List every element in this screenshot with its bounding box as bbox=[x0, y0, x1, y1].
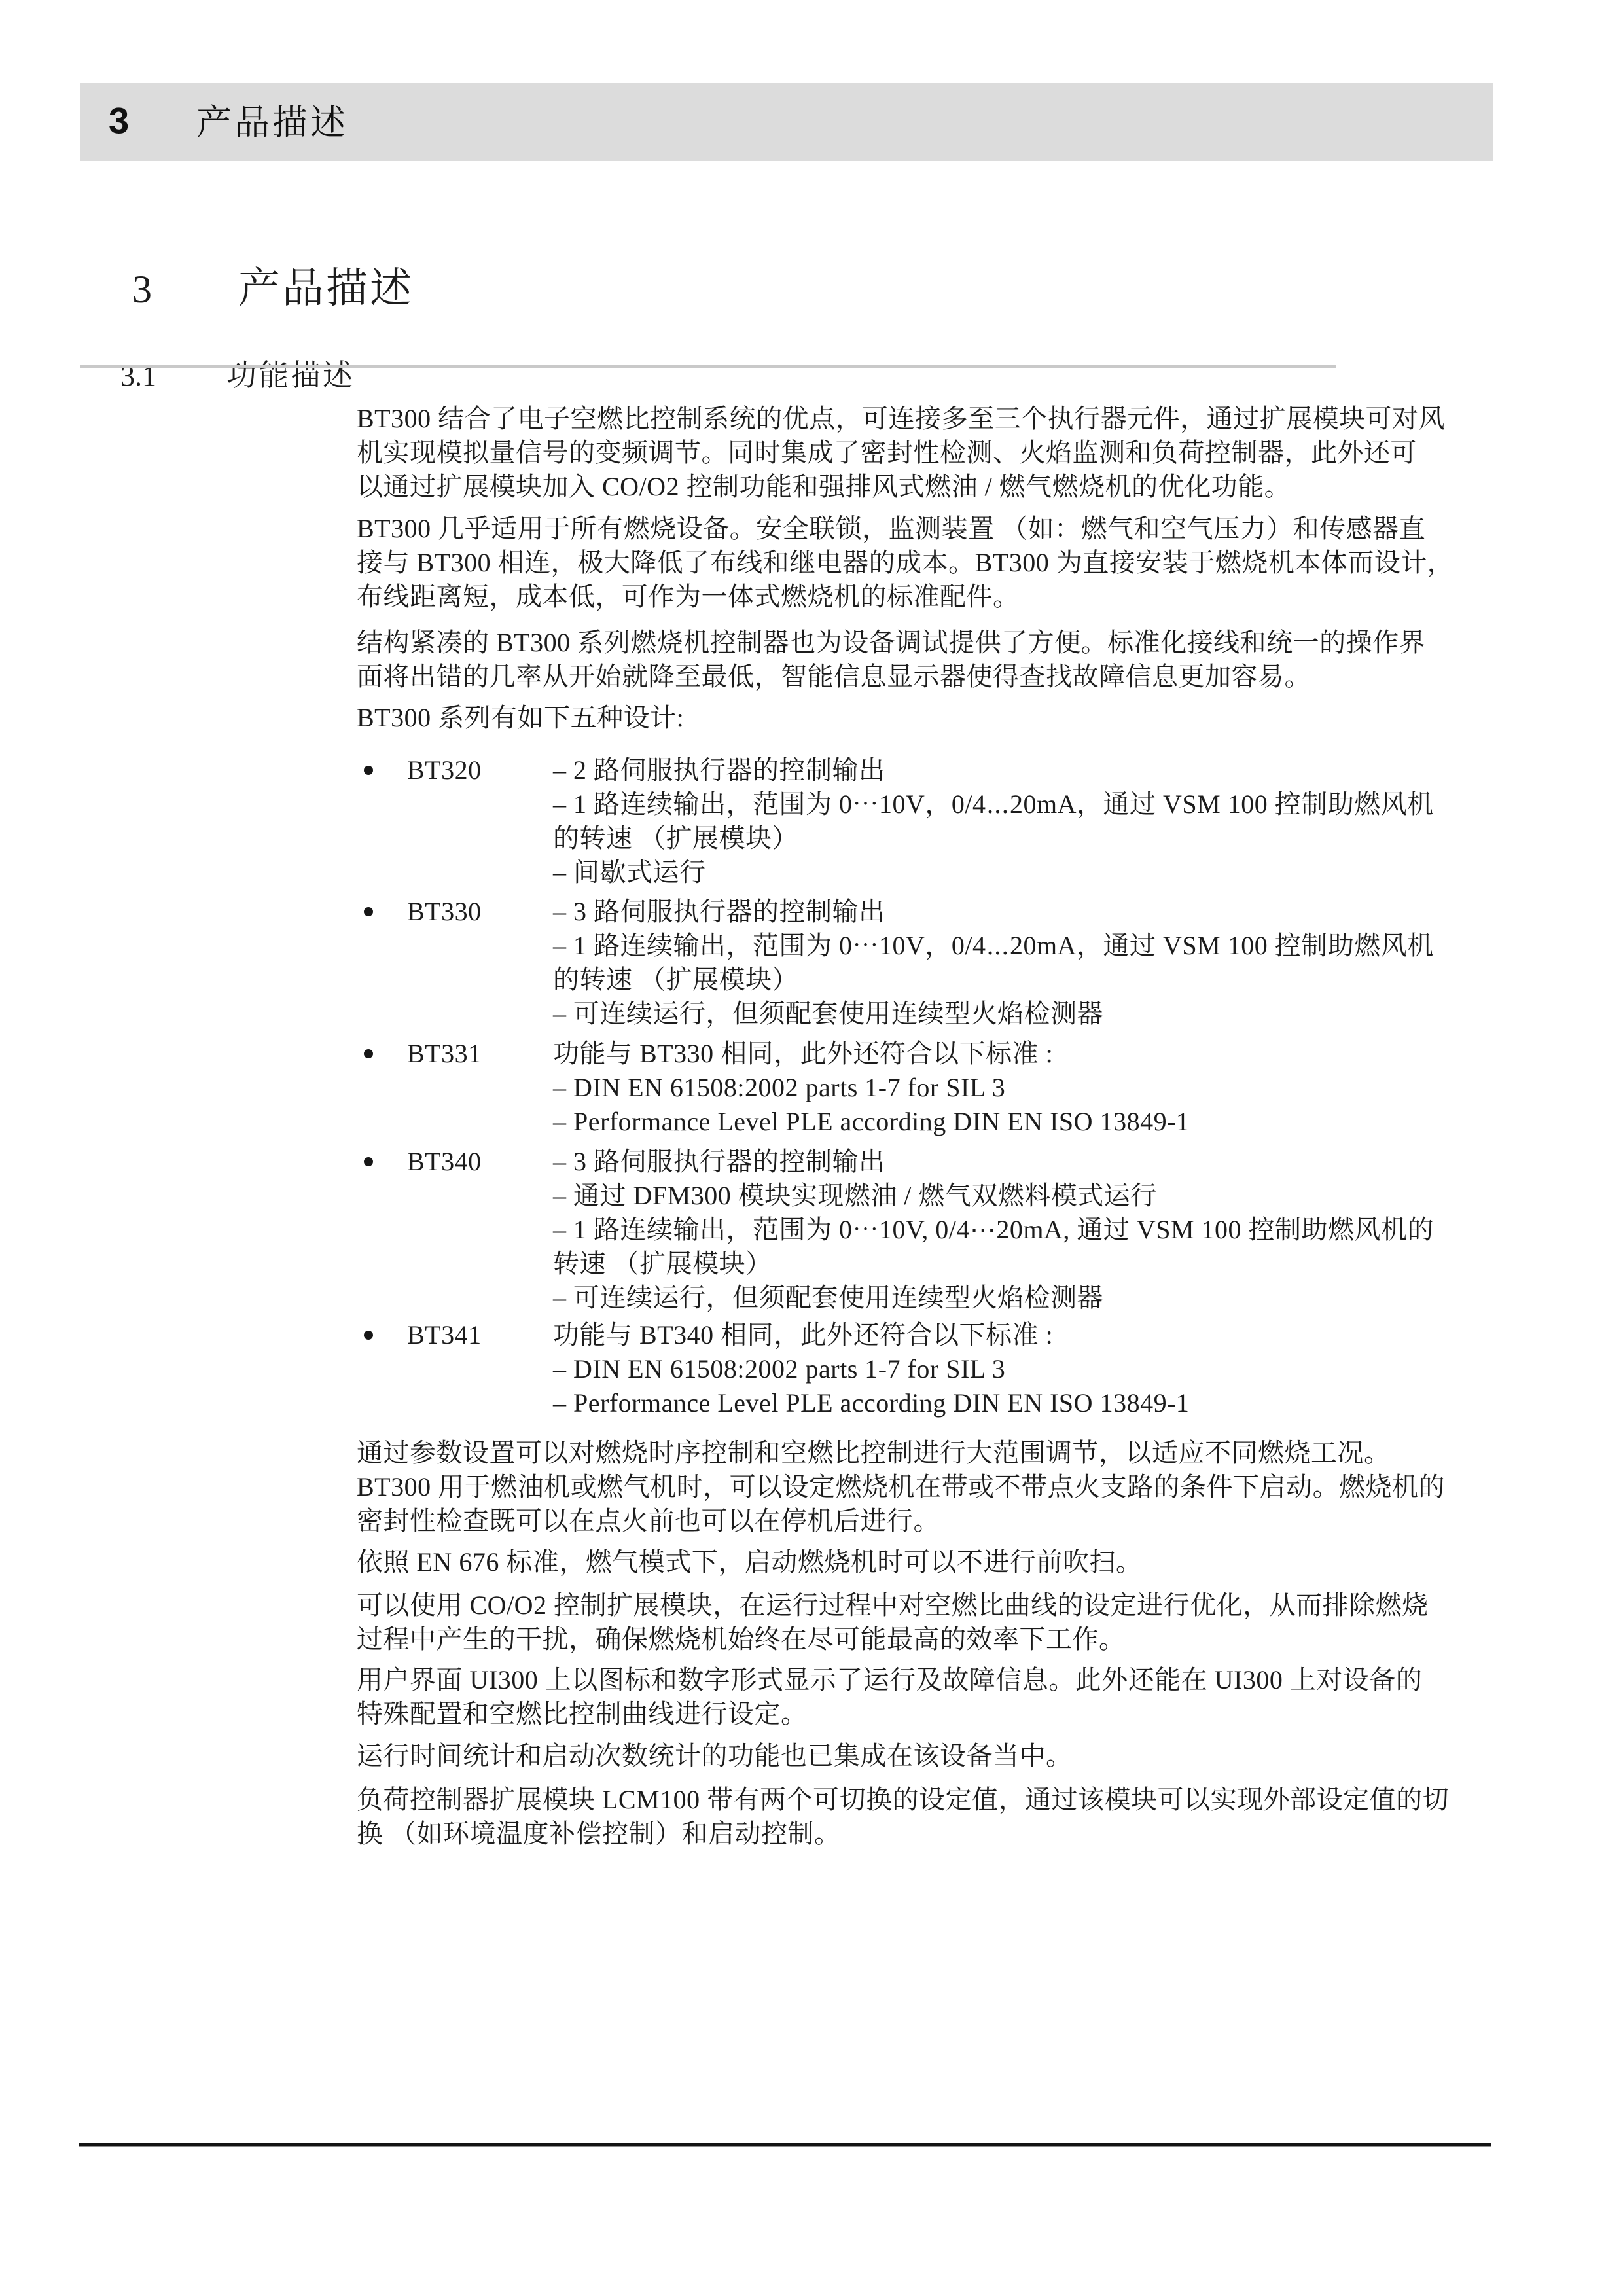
text-line: – Performance Level PLE according DIN EN… bbox=[553, 1386, 1189, 1420]
section-heading: 3.1功能描述 bbox=[80, 313, 355, 439]
text-line: BT300 系列有如下五种设计: bbox=[357, 701, 684, 735]
text-line: BT300 结合了电子空燃比控制系统的优点，可连接多至三个执行器元件，通过扩展模… bbox=[357, 402, 1445, 436]
text-line: – 1 路连续输出，范围为 0⋯10V，0/4⋯20mA，通过 VSM 100 … bbox=[553, 787, 1434, 821]
text-line: – Performance Level PLE according DIN EN… bbox=[553, 1105, 1189, 1139]
text-line: 接与 BT300 相连，极大降低了布线和继电器的成本。BT300 为直接安装于燃… bbox=[357, 546, 1454, 580]
text-line: – 3 路伺服执行器的控制输出 bbox=[553, 1145, 1434, 1179]
text-line: 特殊配置和空燃比控制曲线进行设定。 bbox=[357, 1697, 1422, 1731]
text-line: 机实现模拟量信号的变频调节。同时集成了密封性检测、火焰监测和负荷控制器，此外还可 bbox=[357, 436, 1445, 470]
text-line: BT300 几乎适用于所有燃烧设备。安全联锁，监测装置 （如：燃气和空气压力）和… bbox=[357, 512, 1454, 546]
chapter-heading-title: 产品描述 bbox=[238, 265, 414, 312]
design-list-item-bt341: BT341 功能与 BT340 相同，此外还符合以下标准 :– DIN EN 6… bbox=[357, 1318, 1189, 1420]
text-line: – 3 路伺服执行器的控制输出 bbox=[553, 895, 1434, 929]
paragraph-list-intro: BT300 系列有如下五种设计: bbox=[357, 701, 684, 735]
model-description: 功能与 BT340 相同，此外还符合以下标准 :– DIN EN 61508:2… bbox=[553, 1318, 1189, 1420]
text-line: – 1 路连续输出，范围为 0⋯10V, 0/4⋯20mA, 通过 VSM 10… bbox=[553, 1213, 1434, 1247]
text-line: 的转速 （扩展模块） bbox=[553, 821, 1434, 855]
text-line: – 可连续运行，但须配套使用连续型火焰检测器 bbox=[553, 1281, 1434, 1315]
text-line: BT300 用于燃油机或燃气机时，可以设定燃烧机在带或不带点火支路的条件下启动。… bbox=[357, 1470, 1445, 1504]
model-name: BT320 bbox=[407, 753, 482, 787]
model-description: – 2 路伺服执行器的控制输出– 1 路连续输出，范围为 0⋯10V，0/4⋯2… bbox=[553, 753, 1434, 889]
model-description: – 3 路伺服执行器的控制输出– 1 路连续输出，范围为 0⋯10V，0/4⋯2… bbox=[553, 895, 1434, 1031]
paragraph-intro-1: BT300 结合了电子空燃比控制系统的优点，可连接多至三个执行器元件，通过扩展模… bbox=[357, 402, 1445, 504]
text-line: 转速 （扩展模块） bbox=[553, 1247, 1434, 1281]
text-line: – 间歇式运行 bbox=[553, 855, 1434, 889]
bullet-icon bbox=[364, 766, 373, 775]
text-line: – 2 路伺服执行器的控制输出 bbox=[553, 753, 1434, 787]
model-name: BT331 bbox=[407, 1037, 482, 1071]
text-line: 负荷控制器扩展模块 LCM100 带有两个可切换的设定值，通过该模块可以实现外部… bbox=[357, 1783, 1449, 1817]
paragraph-closing-1: 通过参数设置可以对燃烧时序控制和空燃比控制进行大范围调节，以适应不同燃烧工况。B… bbox=[357, 1436, 1445, 1538]
text-line: – DIN EN 61508:2002 parts 1-7 for SIL 3 bbox=[553, 1352, 1189, 1386]
model-name: BT330 bbox=[407, 895, 482, 929]
section-heading-number: 3.1 bbox=[120, 355, 226, 397]
model-description: 功能与 BT330 相同，此外还符合以下标准 :– DIN EN 61508:2… bbox=[553, 1037, 1189, 1139]
text-line: 的转速 （扩展模块） bbox=[553, 963, 1434, 997]
text-line: 功能与 BT340 相同，此外还符合以下标准 : bbox=[553, 1318, 1189, 1352]
text-line: 过程中产生的干扰，确保燃烧机始终在尽可能最高的效率下工作。 bbox=[357, 1623, 1429, 1657]
paragraph-closing-6: 负荷控制器扩展模块 LCM100 带有两个可切换的设定值，通过该模块可以实现外部… bbox=[357, 1783, 1449, 1851]
paragraph-intro-3: 结构紧凑的 BT300 系列燃烧机控制器也为设备调试提供了方便。标准化接线和统一… bbox=[357, 626, 1425, 694]
design-list-item-bt330: BT330 – 3 路伺服执行器的控制输出– 1 路连续输出，范围为 0⋯10V… bbox=[357, 895, 1434, 1031]
document-page: 3 产品描述 3产品描述 3.1功能描述 BT300 结合了电子空燃比控制系统的… bbox=[0, 0, 1623, 2296]
paragraph-intro-2: BT300 几乎适用于所有燃烧设备。安全联锁，监测装置 （如：燃气和空气压力）和… bbox=[357, 512, 1454, 614]
chapter-header-band: 3 产品描述 bbox=[80, 83, 1493, 161]
paragraph-closing-5: 运行时间统计和启动次数统计的功能也已集成在该设备当中。 bbox=[357, 1739, 1073, 1773]
text-line: 换 （如环境温度补偿控制）和启动控制。 bbox=[357, 1817, 1449, 1851]
bullet-icon bbox=[364, 1157, 373, 1166]
design-list-item-bt320: BT320 – 2 路伺服执行器的控制输出– 1 路连续输出，范围为 0⋯10V… bbox=[357, 753, 1434, 889]
bullet-icon bbox=[364, 1331, 373, 1340]
text-line: – 1 路连续输出，范围为 0⋯10V，0/4⋯20mA，通过 VSM 100 … bbox=[553, 929, 1434, 963]
bullet-icon bbox=[364, 907, 373, 916]
chapter-header-number: 3 bbox=[109, 99, 129, 141]
design-list-item-bt331: BT331 功能与 BT330 相同，此外还符合以下标准 :– DIN EN 6… bbox=[357, 1037, 1189, 1139]
chapter-header-title: 产品描述 bbox=[196, 94, 348, 145]
text-line: 密封性检查既可以在点火前也可以在停机后进行。 bbox=[357, 1504, 1445, 1538]
text-line: 功能与 BT330 相同，此外还符合以下标准 : bbox=[553, 1037, 1189, 1071]
design-list-item-bt340: BT340 – 3 路伺服执行器的控制输出– 通过 DFM300 模块实现燃油 … bbox=[357, 1145, 1434, 1315]
paragraph-closing-4: 用户界面 UI300 上以图标和数字形式显示了运行及故障信息。此外还能在 UI3… bbox=[357, 1663, 1422, 1731]
model-description: – 3 路伺服执行器的控制输出– 通过 DFM300 模块实现燃油 / 燃气双燃… bbox=[553, 1145, 1434, 1315]
text-line: 用户界面 UI300 上以图标和数字形式显示了运行及故障信息。此外还能在 UI3… bbox=[357, 1663, 1422, 1697]
section-divider-rule bbox=[80, 365, 1336, 368]
bullet-icon bbox=[364, 1049, 373, 1058]
text-line: 通过参数设置可以对燃烧时序控制和空燃比控制进行大范围调节，以适应不同燃烧工况。 bbox=[357, 1436, 1445, 1470]
text-line: – DIN EN 61508:2002 parts 1-7 for SIL 3 bbox=[553, 1071, 1189, 1105]
model-name: BT341 bbox=[407, 1318, 482, 1352]
text-line: 可以使用 CO/O2 控制扩展模块，在运行过程中对空燃比曲线的设定进行优化，从而… bbox=[357, 1588, 1429, 1623]
section-heading-title: 功能描述 bbox=[226, 359, 355, 392]
text-line: 面将出错的几率从开始就降至最低，智能信息显示器使得查找故障信息更加容易。 bbox=[357, 660, 1425, 694]
paragraph-closing-3: 可以使用 CO/O2 控制扩展模块，在运行过程中对空燃比曲线的设定进行优化，从而… bbox=[357, 1588, 1429, 1657]
text-line: – 通过 DFM300 模块实现燃油 / 燃气双燃料模式运行 bbox=[553, 1179, 1434, 1213]
text-line: 布线距离短，成本低，可作为一体式燃烧机的标准配件。 bbox=[357, 580, 1454, 614]
text-line: 运行时间统计和启动次数统计的功能也已集成在该设备当中。 bbox=[357, 1739, 1073, 1773]
text-line: – 可连续运行，但须配套使用连续型火焰检测器 bbox=[553, 997, 1434, 1031]
footer-rule bbox=[79, 2143, 1491, 2147]
model-name: BT340 bbox=[407, 1145, 482, 1179]
text-line: 结构紧凑的 BT300 系列燃烧机控制器也为设备调试提供了方便。标准化接线和统一… bbox=[357, 626, 1425, 660]
text-line: 依照 EN 676 标准，燃气模式下，启动燃烧机时可以不进行前吹扫。 bbox=[357, 1545, 1142, 1579]
text-line: 以通过扩展模块加入 CO/O2 控制功能和强排风式燃油 / 燃气燃烧机的优化功能… bbox=[357, 470, 1445, 504]
chapter-heading-number: 3 bbox=[132, 260, 238, 319]
paragraph-closing-2: 依照 EN 676 标准，燃气模式下，启动燃烧机时可以不进行前吹扫。 bbox=[357, 1545, 1142, 1579]
